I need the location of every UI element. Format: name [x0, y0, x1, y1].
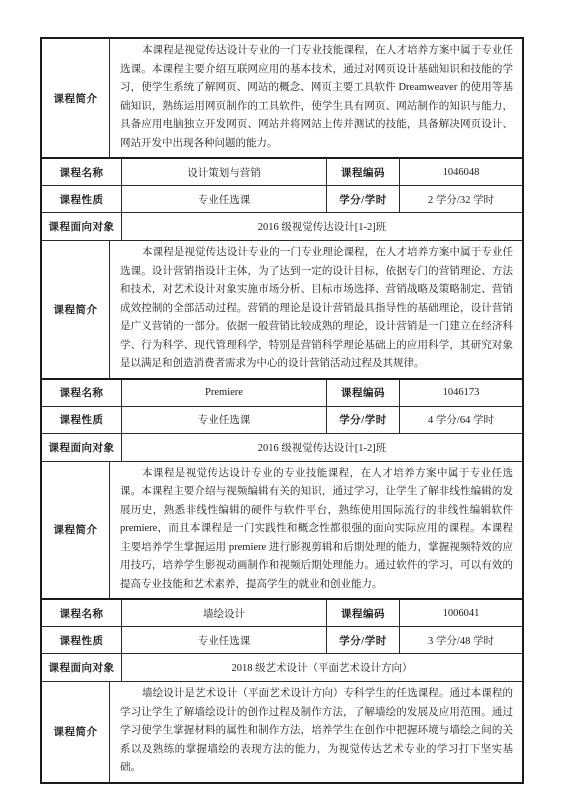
target-label: 课程面向对象 — [42, 434, 122, 461]
course-credits-value: 3 学分/48 学时 — [400, 627, 522, 653]
intro-row: 课程简介 墙绘设计是艺术设计（平面艺术设计方向）专科学生的任选课程。通过本课程的… — [42, 682, 522, 782]
course-nature-value: 专业任选课 — [122, 627, 327, 653]
name-row: 课程名称 设计策划与营销 课程编码 1046048 — [42, 159, 522, 186]
nature-row: 课程性质 专业任选课 学分/学时 3 学分/48 学时 — [42, 627, 522, 654]
credits-label: 学分/学时 — [327, 407, 400, 433]
course-name-value: Premiere — [122, 380, 327, 406]
course-block-3: 课程名称 墙绘设计 课程编码 1006041 课程性质 专业任选课 学分/学时 … — [42, 600, 522, 782]
intro-row: 课程简介 本课程是视觉传达设计专业的专业技能课程，在人才培养方案中属于专业任选课… — [42, 462, 522, 599]
course-intro-text: 本课程是视觉传达设计专业的一门专业理论课程，在人才培养方案中属于专业任选课。设计… — [110, 241, 522, 378]
course-block-2: 课程名称 Premiere 课程编码 1046173 课程性质 专业任选课 学分… — [42, 380, 522, 601]
code-label: 课程编码 — [327, 600, 400, 626]
document-page: 课程简介 本课程是视觉传达设计专业的一门专业技能课程，在人才培养方案中属于专业任… — [0, 0, 565, 800]
course-target-value: 2016 级视觉传达设计[1-2]班 — [122, 213, 522, 240]
course-code-value: 1046048 — [400, 159, 522, 185]
code-label: 课程编码 — [327, 159, 400, 185]
nature-label: 课程性质 — [42, 407, 122, 433]
course-target-value: 2018 级艺术设计（平面艺术设计方向） — [122, 654, 522, 681]
target-label: 课程面向对象 — [42, 213, 122, 240]
course-intro-text: 墙绘设计是艺术设计（平面艺术设计方向）专科学生的任选课程。通过本课程的学习让学生… — [110, 682, 522, 782]
course-code-value: 1046173 — [400, 380, 522, 406]
intro-row: 课程简介 本课程是视觉传达设计专业的一门专业理论课程，在人才培养方案中属于专业任… — [42, 241, 522, 378]
course-name-value: 墙绘设计 — [122, 600, 327, 626]
target-row: 课程面向对象 2016 级视觉传达设计[1-2]班 — [42, 434, 522, 462]
name-label: 课程名称 — [42, 380, 122, 406]
nature-label: 课程性质 — [42, 627, 122, 653]
nature-row: 课程性质 专业任选课 学分/学时 2 学分/32 学时 — [42, 186, 522, 213]
course-block-0: 课程简介 本课程是视觉传达设计专业的一门专业技能课程，在人才培养方案中属于专业任… — [42, 39, 522, 159]
course-name-value: 设计策划与营销 — [122, 159, 327, 185]
course-table: 课程简介 本课程是视觉传达设计专业的一门专业技能课程，在人才培养方案中属于专业任… — [40, 37, 524, 784]
course-nature-value: 专业任选课 — [122, 407, 327, 433]
code-label: 课程编码 — [327, 380, 400, 406]
intro-label: 课程简介 — [42, 682, 110, 782]
course-code-value: 1006041 — [400, 600, 522, 626]
name-label: 课程名称 — [42, 159, 122, 185]
name-row: 课程名称 墙绘设计 课程编码 1006041 — [42, 600, 522, 627]
intro-label: 课程简介 — [42, 462, 110, 599]
target-label: 课程面向对象 — [42, 654, 122, 681]
intro-label: 课程简介 — [42, 241, 110, 378]
nature-row: 课程性质 专业任选课 学分/学时 4 学分/64 学时 — [42, 407, 522, 434]
course-block-1: 课程名称 设计策划与营销 课程编码 1046048 课程性质 专业任选课 学分/… — [42, 159, 522, 380]
course-credits-value: 4 学分/64 学时 — [400, 407, 522, 433]
credits-label: 学分/学时 — [327, 186, 400, 212]
intro-label: 课程简介 — [42, 39, 110, 157]
course-credits-value: 2 学分/32 学时 — [400, 186, 522, 212]
intro-row: 课程简介 本课程是视觉传达设计专业的一门专业技能课程，在人才培养方案中属于专业任… — [42, 39, 522, 157]
name-label: 课程名称 — [42, 600, 122, 626]
credits-label: 学分/学时 — [327, 627, 400, 653]
course-nature-value: 专业任选课 — [122, 186, 327, 212]
course-target-value: 2016 级视觉传达设计[1-2]班 — [122, 434, 522, 461]
nature-label: 课程性质 — [42, 186, 122, 212]
target-row: 课程面向对象 2018 级艺术设计（平面艺术设计方向） — [42, 654, 522, 682]
course-intro-text: 本课程是视觉传达设计专业的专业技能课程，在人才培养方案中属于专业任选课。本课程主… — [110, 462, 522, 599]
course-intro-text: 本课程是视觉传达设计专业的一门专业技能课程，在人才培养方案中属于专业任选课。本课… — [110, 39, 522, 157]
name-row: 课程名称 Premiere 课程编码 1046173 — [42, 380, 522, 407]
target-row: 课程面向对象 2016 级视觉传达设计[1-2]班 — [42, 213, 522, 241]
